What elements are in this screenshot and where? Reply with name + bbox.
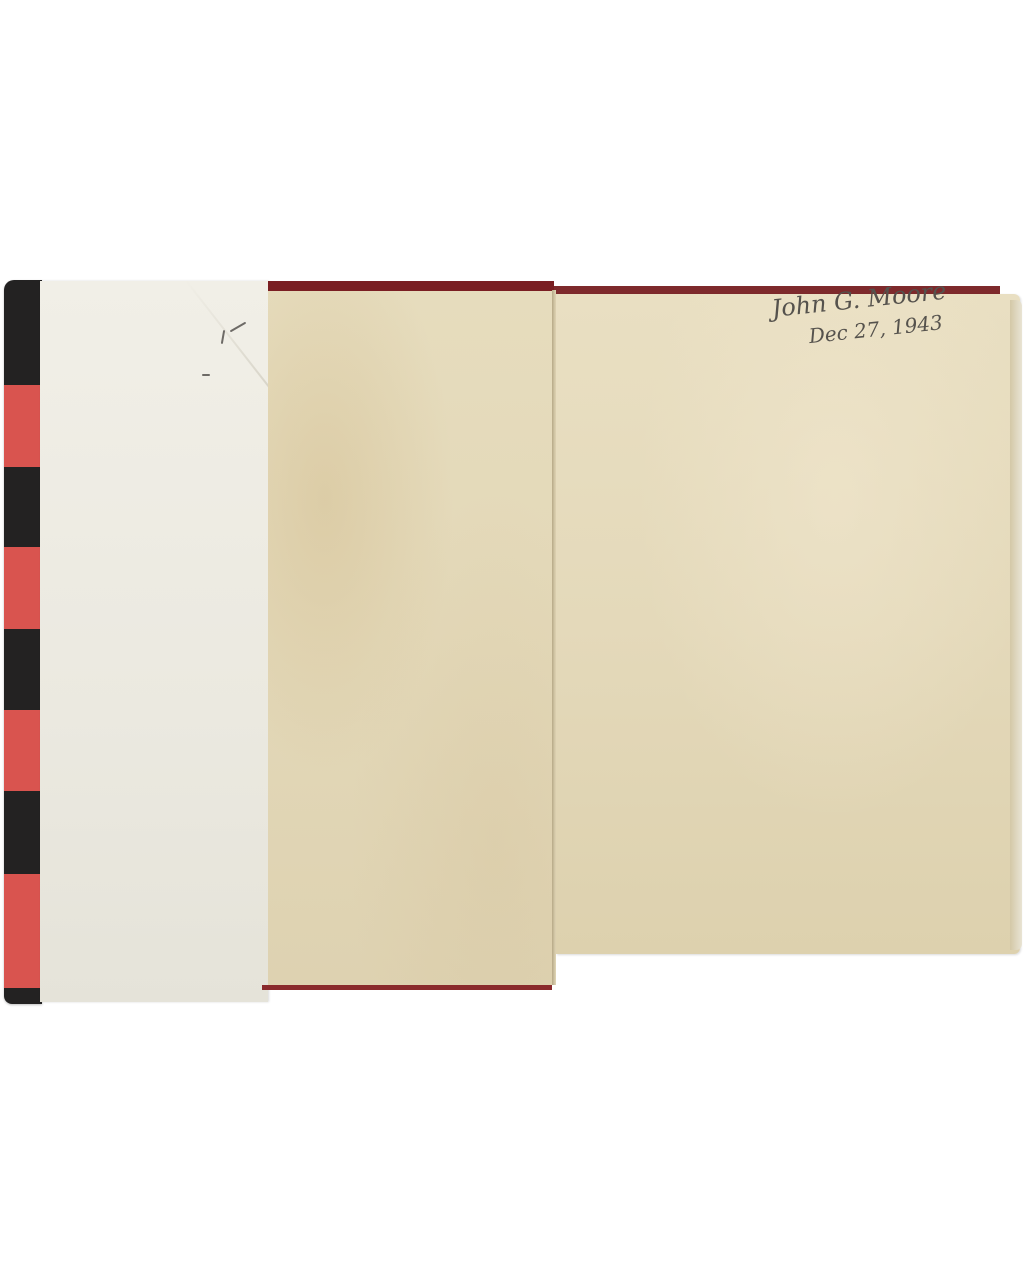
spine-band-red (4, 874, 42, 988)
front-board-edge-bottom (262, 985, 552, 990)
pencil-mark (202, 374, 210, 376)
spine-band-black (4, 629, 42, 710)
front-pastedown-endpaper (268, 291, 553, 985)
dust-jacket-spine (4, 280, 42, 1004)
spine-band-black (4, 988, 42, 1004)
free-endpaper (556, 294, 1020, 954)
front-board-edge-top (268, 281, 554, 291)
page-fore-edge (1010, 300, 1022, 950)
spine-band-red (4, 710, 42, 791)
open-book: John G. Moore Dec 27, 1943 (0, 0, 1024, 1280)
spine-band-red (4, 385, 42, 467)
spine-band-black (4, 791, 42, 874)
spine-band-black (4, 467, 42, 547)
spine-band-black (4, 280, 42, 385)
spine-band-red (4, 547, 42, 629)
dust-jacket-flap (40, 281, 268, 1002)
